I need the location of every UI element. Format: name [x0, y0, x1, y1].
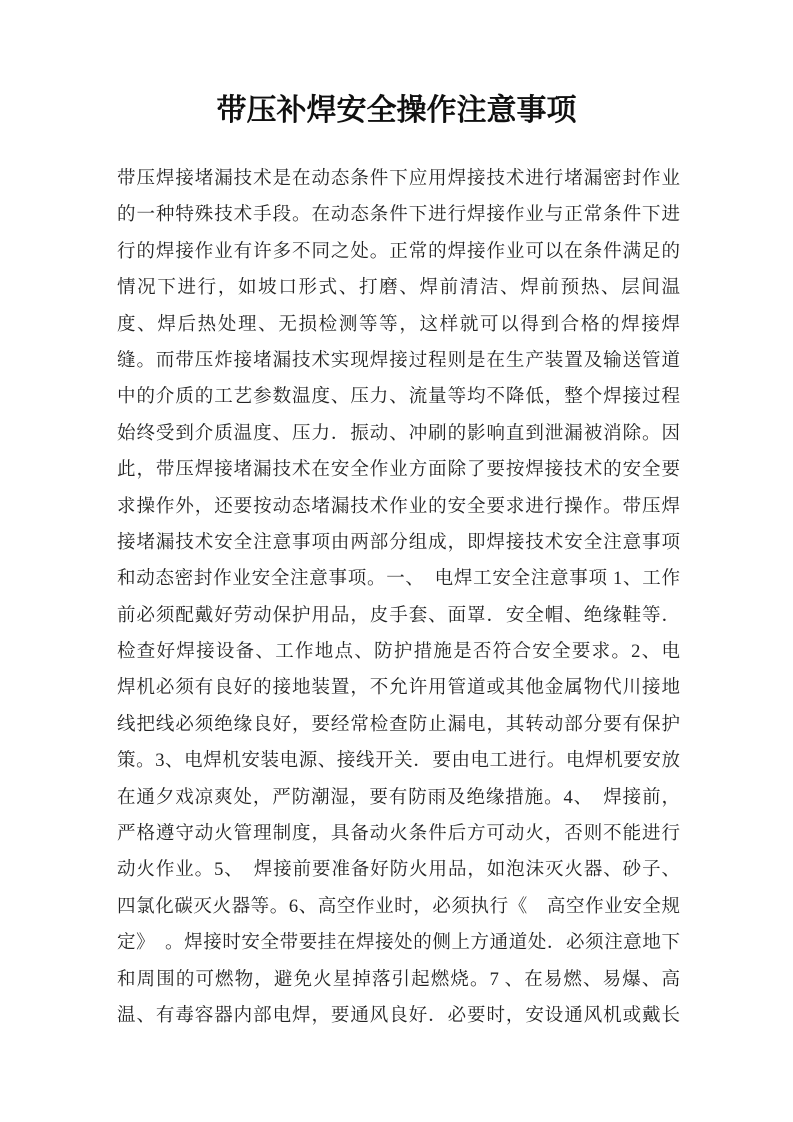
body-text-line: 动火作业。5、 焊接前要准备好防火用品，如泡沫灭火器、砂子、 [117, 852, 680, 888]
body-text-line: 严格遵守动火管理制度，具备动火条件后方可动火，否则不能进行 [117, 816, 680, 852]
body-text-line: 接堵漏技术安全注意事项由两部分组成，即焊接技术安全注意事项 [117, 525, 680, 561]
body-text-line: 缝。而带压炸接堵漏技术实现焊接过程则是在生产装置及输送管道 [117, 343, 680, 379]
body-text-line: 温、有毒容器内部电焊，要通风良好．必要时，安设通风机或戴长 [117, 998, 680, 1034]
body-text-line: 情况下进行，如坡口形式、打磨、焊前清洁、焊前预热、层间温 [117, 270, 680, 306]
body-text-line: 定》 。焊接时安全带要挂在焊接处的侧上方通道处．必须注意地下 [117, 925, 680, 961]
body-text-line: 四氯化碳灭火器等。6、高空作业时，必须执行《 高空作业安全规 [117, 889, 680, 925]
document-page: 带压补焊安全操作注意事项 带压焊接堵漏技术是在动态条件下应用焊接技术进行堵漏密封… [0, 0, 793, 1122]
body-text-line: 的一种特殊技术手段。在动态条件下进行焊接作业与正常条件下进 [117, 197, 680, 233]
body-text-line: 和动态密封作业安全注意事项。一、 电焊工安全注意事项 1、工作 [117, 561, 680, 597]
body-text-line: 行的焊接作业有许多不同之处。正常的焊接作业可以在条件满足的 [117, 234, 680, 270]
body-text-line: 前必须配戴好劳动保护用品，皮手套、面罩．安全帽、绝缘鞋等． [117, 598, 680, 634]
body-text-line: 始终受到介质温度、压力．振动、冲刷的影响直到泄漏被消除。因 [117, 416, 680, 452]
body-text-line: 度、焊后热处理、无损检测等等，这样就可以得到合格的焊接焊 [117, 307, 680, 343]
body-text-line: 带压焊接堵漏技术是在动态条件下应用焊接技术进行堵漏密封作业 [117, 161, 680, 197]
body-text-line: 此，带压焊接堵漏技术在安全作业方面除了要按焊接技术的安全要 [117, 452, 680, 488]
body-text-line: 求操作外，还要按动态堵漏技术作业的安全要求进行操作。带压焊 [117, 489, 680, 525]
body-text-line: 策。3、电焊机安装电源、接线开关．要由电工进行。电焊机要安放 [117, 743, 680, 779]
body-text-line: 在通夕戏凉爽处，严防潮湿，要有防雨及绝缘措施。4、 焊接前， [117, 780, 680, 816]
body-text-line: 线把线必须绝缘良好，要经常检查防止漏电，其转动部分要有保护 [117, 707, 680, 743]
body-text-line: 和周围的可燃物，避免火星掉落引起燃烧。7 、在易燃、易爆、高 [117, 962, 680, 998]
body-text-line: 中的介质的工艺参数温度、压力、流量等均不降低，整个焊接过程 [117, 379, 680, 415]
body-text-line: 焊机必须有良好的接地装置，不允许用管道或其他金属物代川接地 [117, 670, 680, 706]
document-title: 带压补焊安全操作注意事项 [0, 92, 793, 130]
body-text-line: 检查好焊接设备、工作地点、防护措施是否符合安全要求。2、电 [117, 634, 680, 670]
document-body: 带压焊接堵漏技术是在动态条件下应用焊接技术进行堵漏密封作业的一种特殊技术手段。在… [117, 161, 680, 1034]
